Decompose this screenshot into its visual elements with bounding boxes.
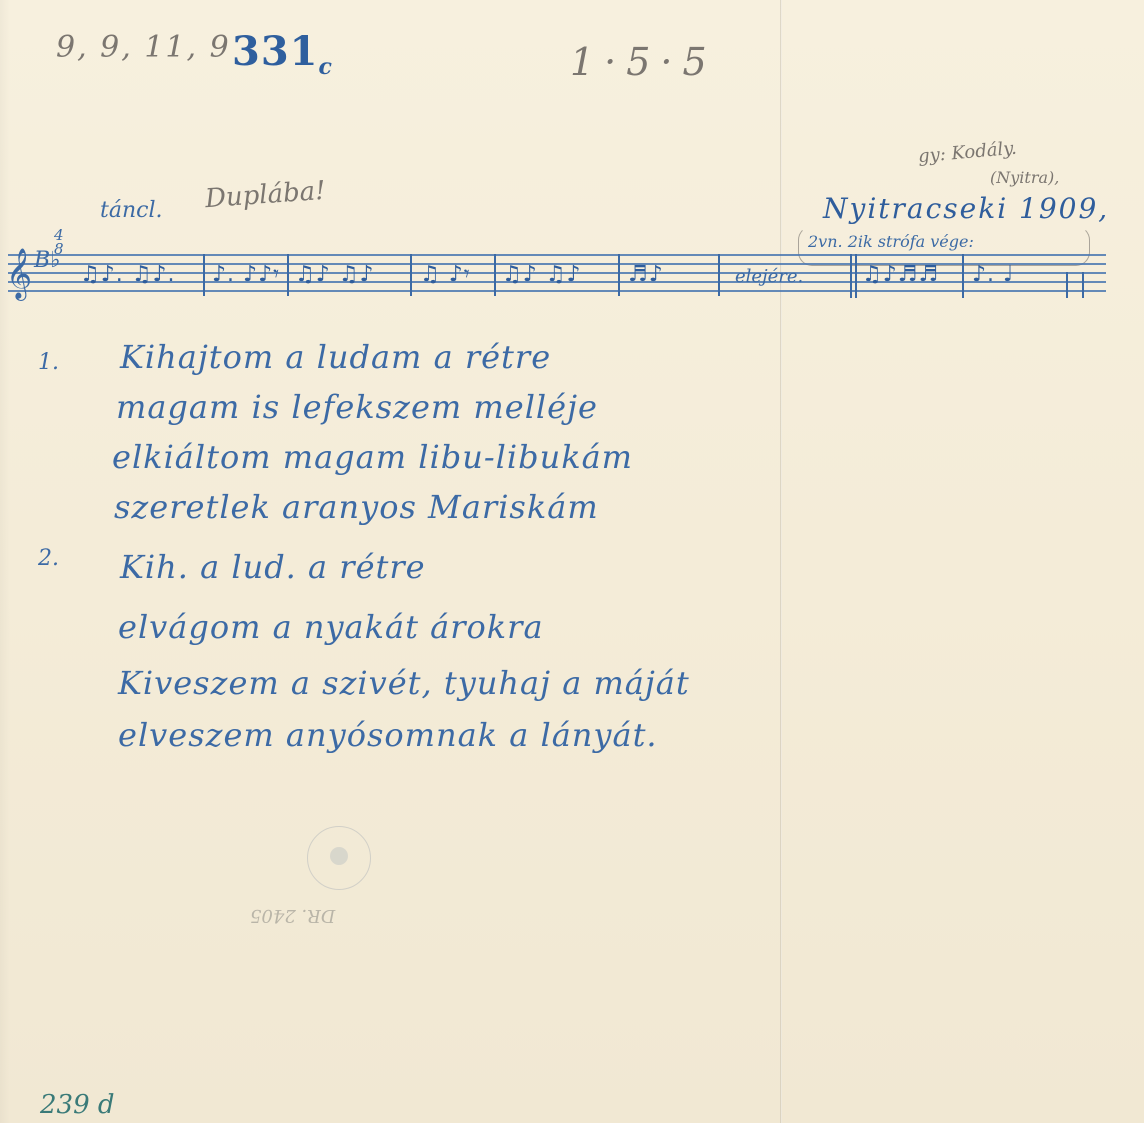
rhythm-reference: 9, 9, 11, 9 xyxy=(56,30,231,65)
ending-measure-1: ♫♪♬♬ xyxy=(862,262,939,287)
verse-number: 1. xyxy=(38,350,59,375)
verse-number: 2. xyxy=(38,546,59,571)
type-code: 1·5·5 xyxy=(570,40,717,84)
barline xyxy=(203,254,205,296)
double-barline xyxy=(855,254,857,298)
barline xyxy=(618,254,620,296)
ending-measure-2: ♪. ♩ xyxy=(972,262,1014,287)
lyric-line: elveszem anyósomnak a lányát. xyxy=(118,716,658,754)
final-barline xyxy=(1066,272,1084,298)
barline xyxy=(718,254,720,296)
lyric-line: szeretlek aranyos Mariskám xyxy=(114,488,599,526)
barline xyxy=(962,254,964,298)
dance-label: táncl. xyxy=(100,198,162,223)
barline xyxy=(494,254,496,296)
lyric-line: elkiáltom magam libu-libukám xyxy=(112,438,633,476)
treble-clef-icon: 𝄞 xyxy=(6,248,32,299)
barline xyxy=(287,254,289,296)
place-and-date: Nyitracseki 1909, xyxy=(823,192,1109,225)
measure-3: ♫♪ ♫♪ xyxy=(295,262,375,287)
page-code: 239 d xyxy=(40,1090,115,1120)
barline xyxy=(410,254,412,296)
verse-ending-note: 2vn. 2ik strófa vége: xyxy=(808,232,974,251)
archive-stamp xyxy=(307,826,371,890)
stamp-emblem-icon xyxy=(330,847,348,865)
measure-2: ♪. ♪♪𝄾 xyxy=(212,262,280,287)
time-signature: 48 xyxy=(54,228,64,256)
lyric-line: elvágom a nyakát árokra xyxy=(118,608,544,646)
place-parenthetical: (Nyitra), xyxy=(990,168,1059,187)
double-barline xyxy=(850,254,852,298)
catalog-number: 331c xyxy=(232,28,333,80)
lyric-line: magam is lefekszem melléje xyxy=(116,388,598,426)
archive-code: DR. 2405 xyxy=(250,905,335,926)
lyric-line: Kihajtom a ludam a rétre xyxy=(120,338,551,376)
measure-4: ♫ ♪𝄾 xyxy=(420,262,471,287)
da-capo-note: elejére. xyxy=(735,266,803,287)
lyric-line: Kih. a lud. a rétre xyxy=(120,548,426,586)
paper-fold xyxy=(780,0,782,1123)
measure-1: ♫♪. ♫♪. xyxy=(80,262,176,287)
measure-5: ♫♪ ♫♪ xyxy=(502,262,582,287)
measure-6: ♬♪ xyxy=(628,262,664,287)
lyric-line: Kiveszem a szivét, tyuhaj a máját xyxy=(118,664,690,702)
